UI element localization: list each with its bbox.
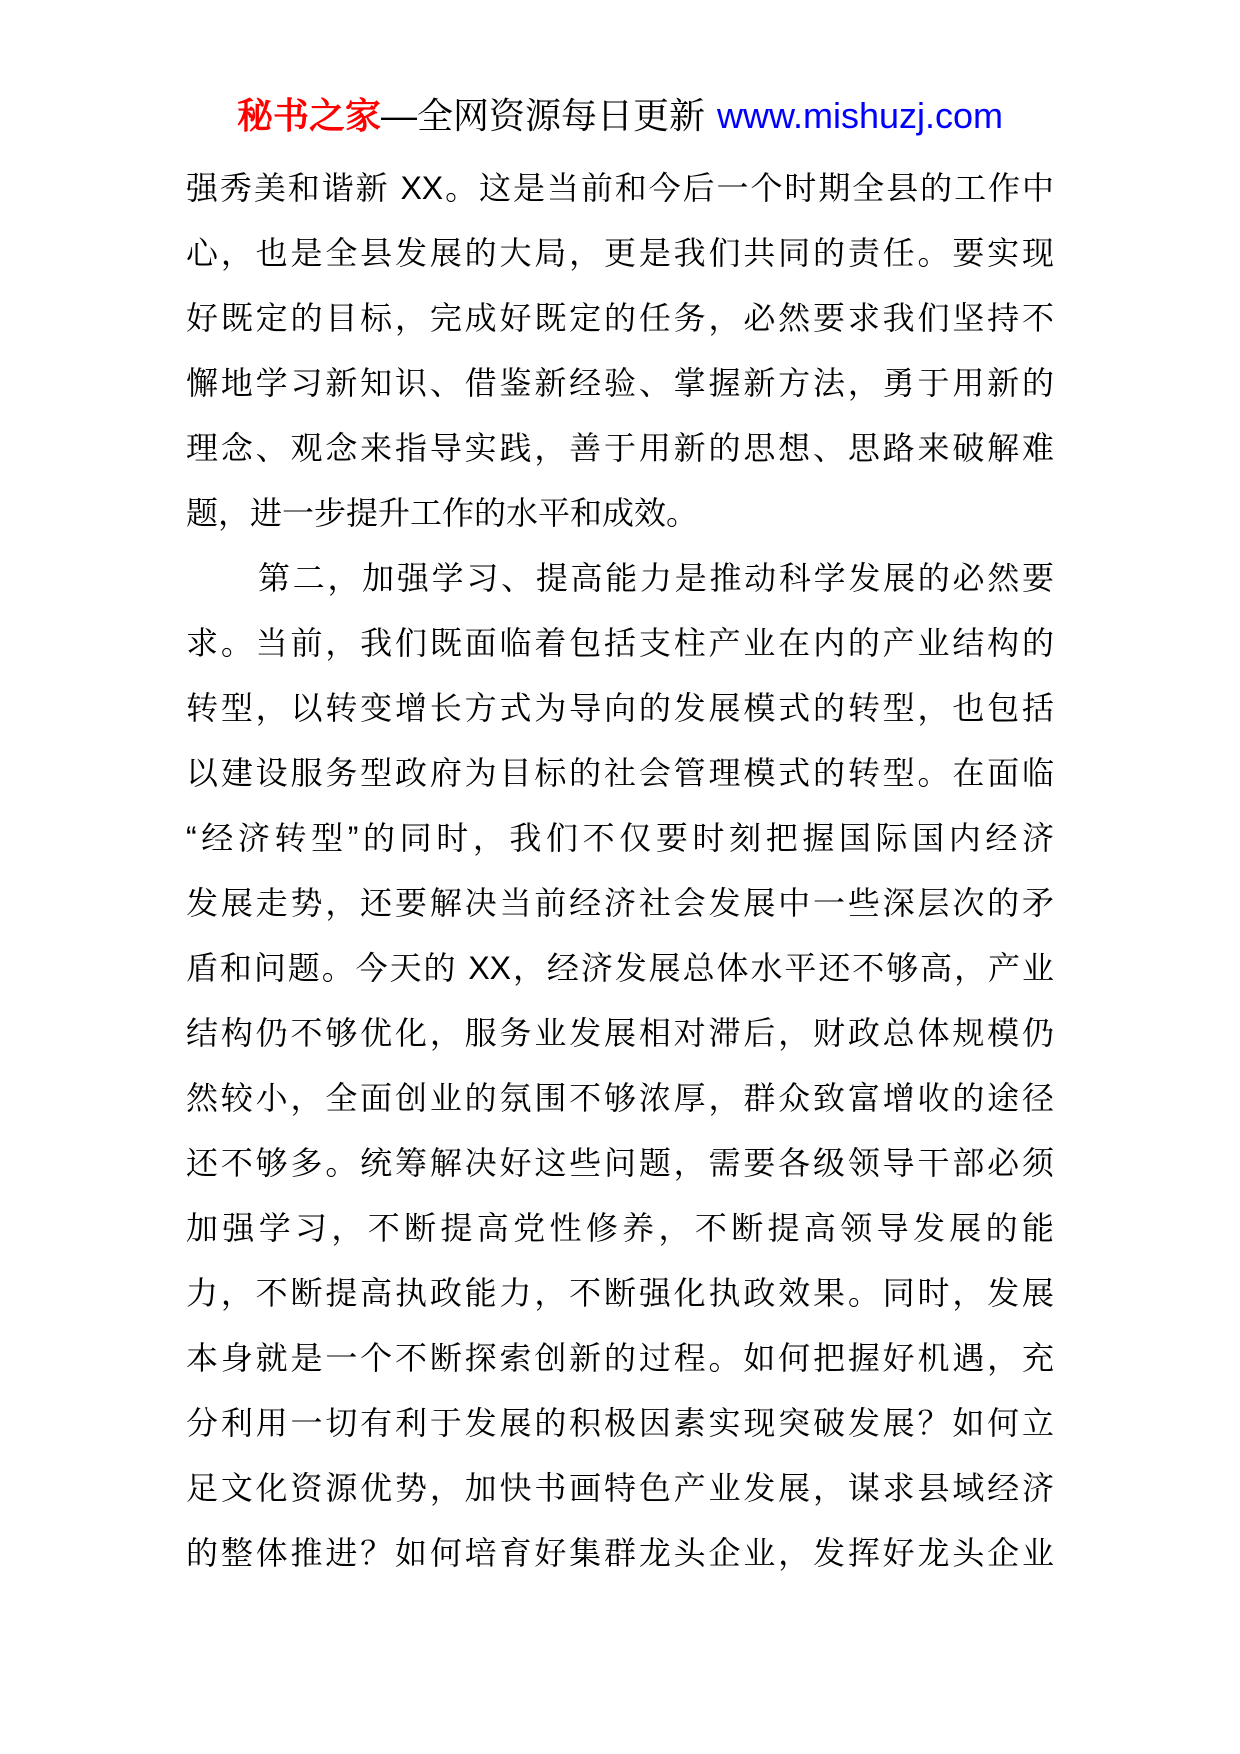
text-line: 强秀美和谐新 XX。这是当前和今后一个时期全县的工作中 [186,156,1054,221]
text-line: 第二，加强学习、提高能力是推动科学发展的必然要 [186,546,1054,611]
text-line: 力，不断提高执政能力，不断强化执政效果。同时，发展 [186,1261,1054,1326]
document-body: 强秀美和谐新 XX。这是当前和今后一个时期全县的工作中 心，也是全县发展的大局，… [186,156,1054,1586]
text-line: 盾和问题。今天的 XX，经济发展总体水平还不够高，产业 [186,936,1054,1001]
text-line: 以建设服务型政府为目标的社会管理模式的转型。在面临 [186,741,1054,806]
text-line: 加强学习，不断提高党性修养，不断提高领导发展的能 [186,1196,1054,1261]
text-line: “经济转型”的同时，我们不仅要时刻把握国际国内经济 [186,806,1054,871]
site-logo-text: 秘书之家 [237,95,381,136]
text-line: 好既定的目标，完成好既定的任务，必然要求我们坚持不 [186,286,1054,351]
site-header: 秘书之家—全网资源每日更新www.mishuzj.com [0,94,1240,138]
text-line: 心，也是全县发展的大局，更是我们共同的责任。要实现 [186,221,1054,286]
text-line: 分利用一切有利于发展的积极因素实现突破发展？如何立 [186,1391,1054,1456]
text-line: 然较小，全面创业的氛围不够浓厚，群众致富增收的途径 [186,1066,1054,1131]
text-line: 足文化资源优势，加快书画特色产业发展，谋求县域经济 [186,1456,1054,1521]
text-line: 还不够多。统筹解决好这些问题，需要各级领导干部必须 [186,1131,1054,1196]
text-line: 转型，以转变增长方式为导向的发展模式的转型，也包括 [186,676,1054,741]
text-line: 题，进一步提升工作的水平和成效。 [186,481,1054,546]
text-line: 的整体推进？如何培育好集群龙头企业，发挥好龙头企业 [186,1521,1054,1586]
site-url-link[interactable]: www.mishuzj.com [717,95,1003,136]
site-tagline: —全网资源每日更新 [381,95,705,136]
text-line: 结构仍不够优化，服务业发展相对滞后，财政总体规模仍 [186,1001,1054,1066]
text-line: 发展走势，还要解决当前经济社会发展中一些深层次的矛 [186,871,1054,936]
text-line: 懈地学习新知识、借鉴新经验、掌握新方法，勇于用新的 [186,351,1054,416]
document-page: 秘书之家—全网资源每日更新www.mishuzj.com 强秀美和谐新 XX。这… [0,0,1240,1754]
text-line: 本身就是一个不断探索创新的过程。如何把握好机遇，充 [186,1326,1054,1391]
text-line: 求。当前，我们既面临着包括支柱产业在内的产业结构的 [186,611,1054,676]
text-line: 理念、观念来指导实践，善于用新的思想、思路来破解难 [186,416,1054,481]
